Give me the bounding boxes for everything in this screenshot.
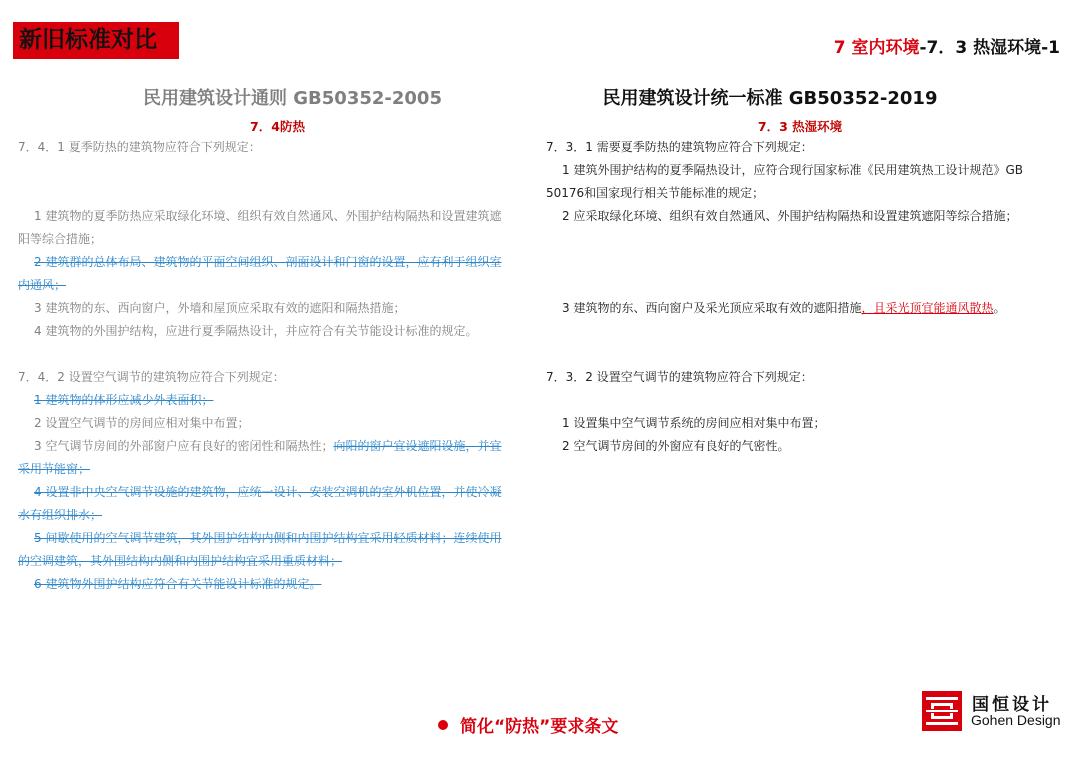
old-clause-7-4-1: 7．4．1 夏季防热的建筑物应符合下列规定：	[18, 136, 533, 159]
new-ac-item-2: 2 空气调节房间的外窗应有良好的气密性。	[546, 435, 1056, 458]
old-item-2-deleted-cont: 内通风；	[18, 274, 533, 297]
old-item-2-deleted: 2 建筑群的总体布局、建筑物的平面空间组织、剖面设计和门窗的设置，应有利于组织室	[18, 251, 533, 274]
old-ac-item-2: 2 设置空气调节的房间应相对集中布置；	[18, 412, 533, 435]
old-clause-7-4-2: 7．4．2 设置空气调节的建筑物应符合下列规定：	[18, 366, 533, 389]
summary-note: 简化“防热”要求条文	[438, 712, 618, 737]
old-ac-item-4-deleted: 4 设置非中央空气调节设施的建筑物，应统一设计、安装空调机的室外机位置，并使冷凝	[18, 481, 533, 504]
new-clause-7-3-2: 7．3．2 设置空气调节的建筑物应符合下列规定：	[546, 366, 1056, 389]
new-item-1: 1 建筑外围护结构的夏季隔热设计，应符合现行国家标准《民用建筑热工设计规范》GB	[546, 159, 1056, 182]
new-item-3-tail: 。	[993, 301, 1005, 315]
old-section-title: 7．4防热	[0, 117, 540, 135]
new-ac-item-1: 1 设置集中空气调节系统的房间应相对集中布置；	[546, 412, 1056, 435]
old-standard-title: 民用建筑设计通则 GB50352-2005	[0, 84, 540, 110]
new-section-title: 7．3 热湿环境	[540, 117, 1080, 135]
old-ac-item-3-deleted-cont: 采用节能窗；	[18, 458, 533, 481]
new-item-3-text: 3 建筑物的东、西向窗户及采光顶应采取有效的遮阳措施	[562, 301, 861, 315]
old-ac-item-6-deleted: 6 建筑物外围护结构应符合有关节能设计标准的规定。	[18, 573, 533, 596]
page-title: 新旧标准对比	[19, 27, 157, 53]
old-item-3: 3 建筑物的东、西向窗户，外墙和屋顶应采取有效的遮阳和隔热措施；	[18, 297, 533, 320]
breadcrumb-chapter: 7 室内环境	[834, 38, 920, 58]
old-ac-item-4-deleted-cont: 水有组织排水；	[18, 504, 533, 527]
breadcrumb-section: -7．3 热湿环境-1	[919, 38, 1060, 58]
gohen-logo-icon	[922, 691, 962, 731]
old-ac-item-3-deleted-tail: 向阳的窗户宜设遮阳设施，并宜	[333, 439, 501, 453]
new-standard-column: 7．3．1 需要夏季防热的建筑物应符合下列规定： 1 建筑外围护结构的夏季隔热设…	[546, 136, 1056, 466]
old-ac-item-5-deleted-cont: 的空调建筑，其外围结构内侧和内围护结构宜采用重质材料；	[18, 550, 533, 573]
old-item-1: 1 建筑物的夏季防热应采取绿化环境、组织有效自然通风、外围护结构隔热和设置建筑遮	[18, 205, 533, 228]
breadcrumb: 7 室内环境-7．3 热湿环境-1	[834, 33, 1060, 58]
page-title-badge: 新旧标准对比	[13, 22, 179, 59]
summary-note-text: 简化“防热”要求条文	[460, 717, 618, 737]
old-ac-item-3-kept: 3 空气调节房间的外部窗户应有良好的密闭性和隔热性；	[34, 439, 333, 453]
new-item-3: 3 建筑物的东、西向窗户及采光顶应采取有效的遮阳措施，且采光顶宜能通风散热。	[546, 297, 1056, 320]
old-ac-item-1-deleted: 1 建筑物的体形应减少外表面积；	[18, 389, 533, 412]
old-ac-item-3: 3 空气调节房间的外部窗户应有良好的密闭性和隔热性；向阳的窗户宜设遮阳设施，并宜	[18, 435, 533, 458]
logo-english-name: Gohen Design	[971, 712, 1061, 728]
old-item-1-cont: 阳等综合措施；	[18, 228, 533, 251]
old-standard-column: 7．4．1 夏季防热的建筑物应符合下列规定： 1 建筑物的夏季防热应采取绿化环境…	[18, 136, 533, 596]
old-ac-item-5-deleted: 5 间歇使用的空气调节建筑，其外围护结构内侧和内围护结构宜采用轻质材料；连续使用	[18, 527, 533, 550]
old-item-4: 4 建筑物的外围护结构，应进行夏季隔热设计，并应符合有关节能设计标准的规定。	[18, 320, 533, 343]
new-item-3-inserted: ，且采光顶宜能通风散热	[861, 301, 993, 315]
new-item-1-cont: 50176和国家现行相关节能标准的规定；	[546, 182, 1056, 205]
new-clause-7-3-1: 7．3．1 需要夏季防热的建筑物应符合下列规定：	[546, 136, 1056, 159]
company-logo: 国恒设计 Gohen Design	[922, 691, 1067, 733]
new-item-2: 2 应采取绿化环境、组织有效自然通风、外围护结构隔热和设置建筑遮阳等综合措施；	[546, 205, 1056, 228]
bullet-dot-icon	[438, 720, 448, 730]
new-standard-title: 民用建筑设计统一标准 GB50352-2019	[540, 84, 1080, 110]
